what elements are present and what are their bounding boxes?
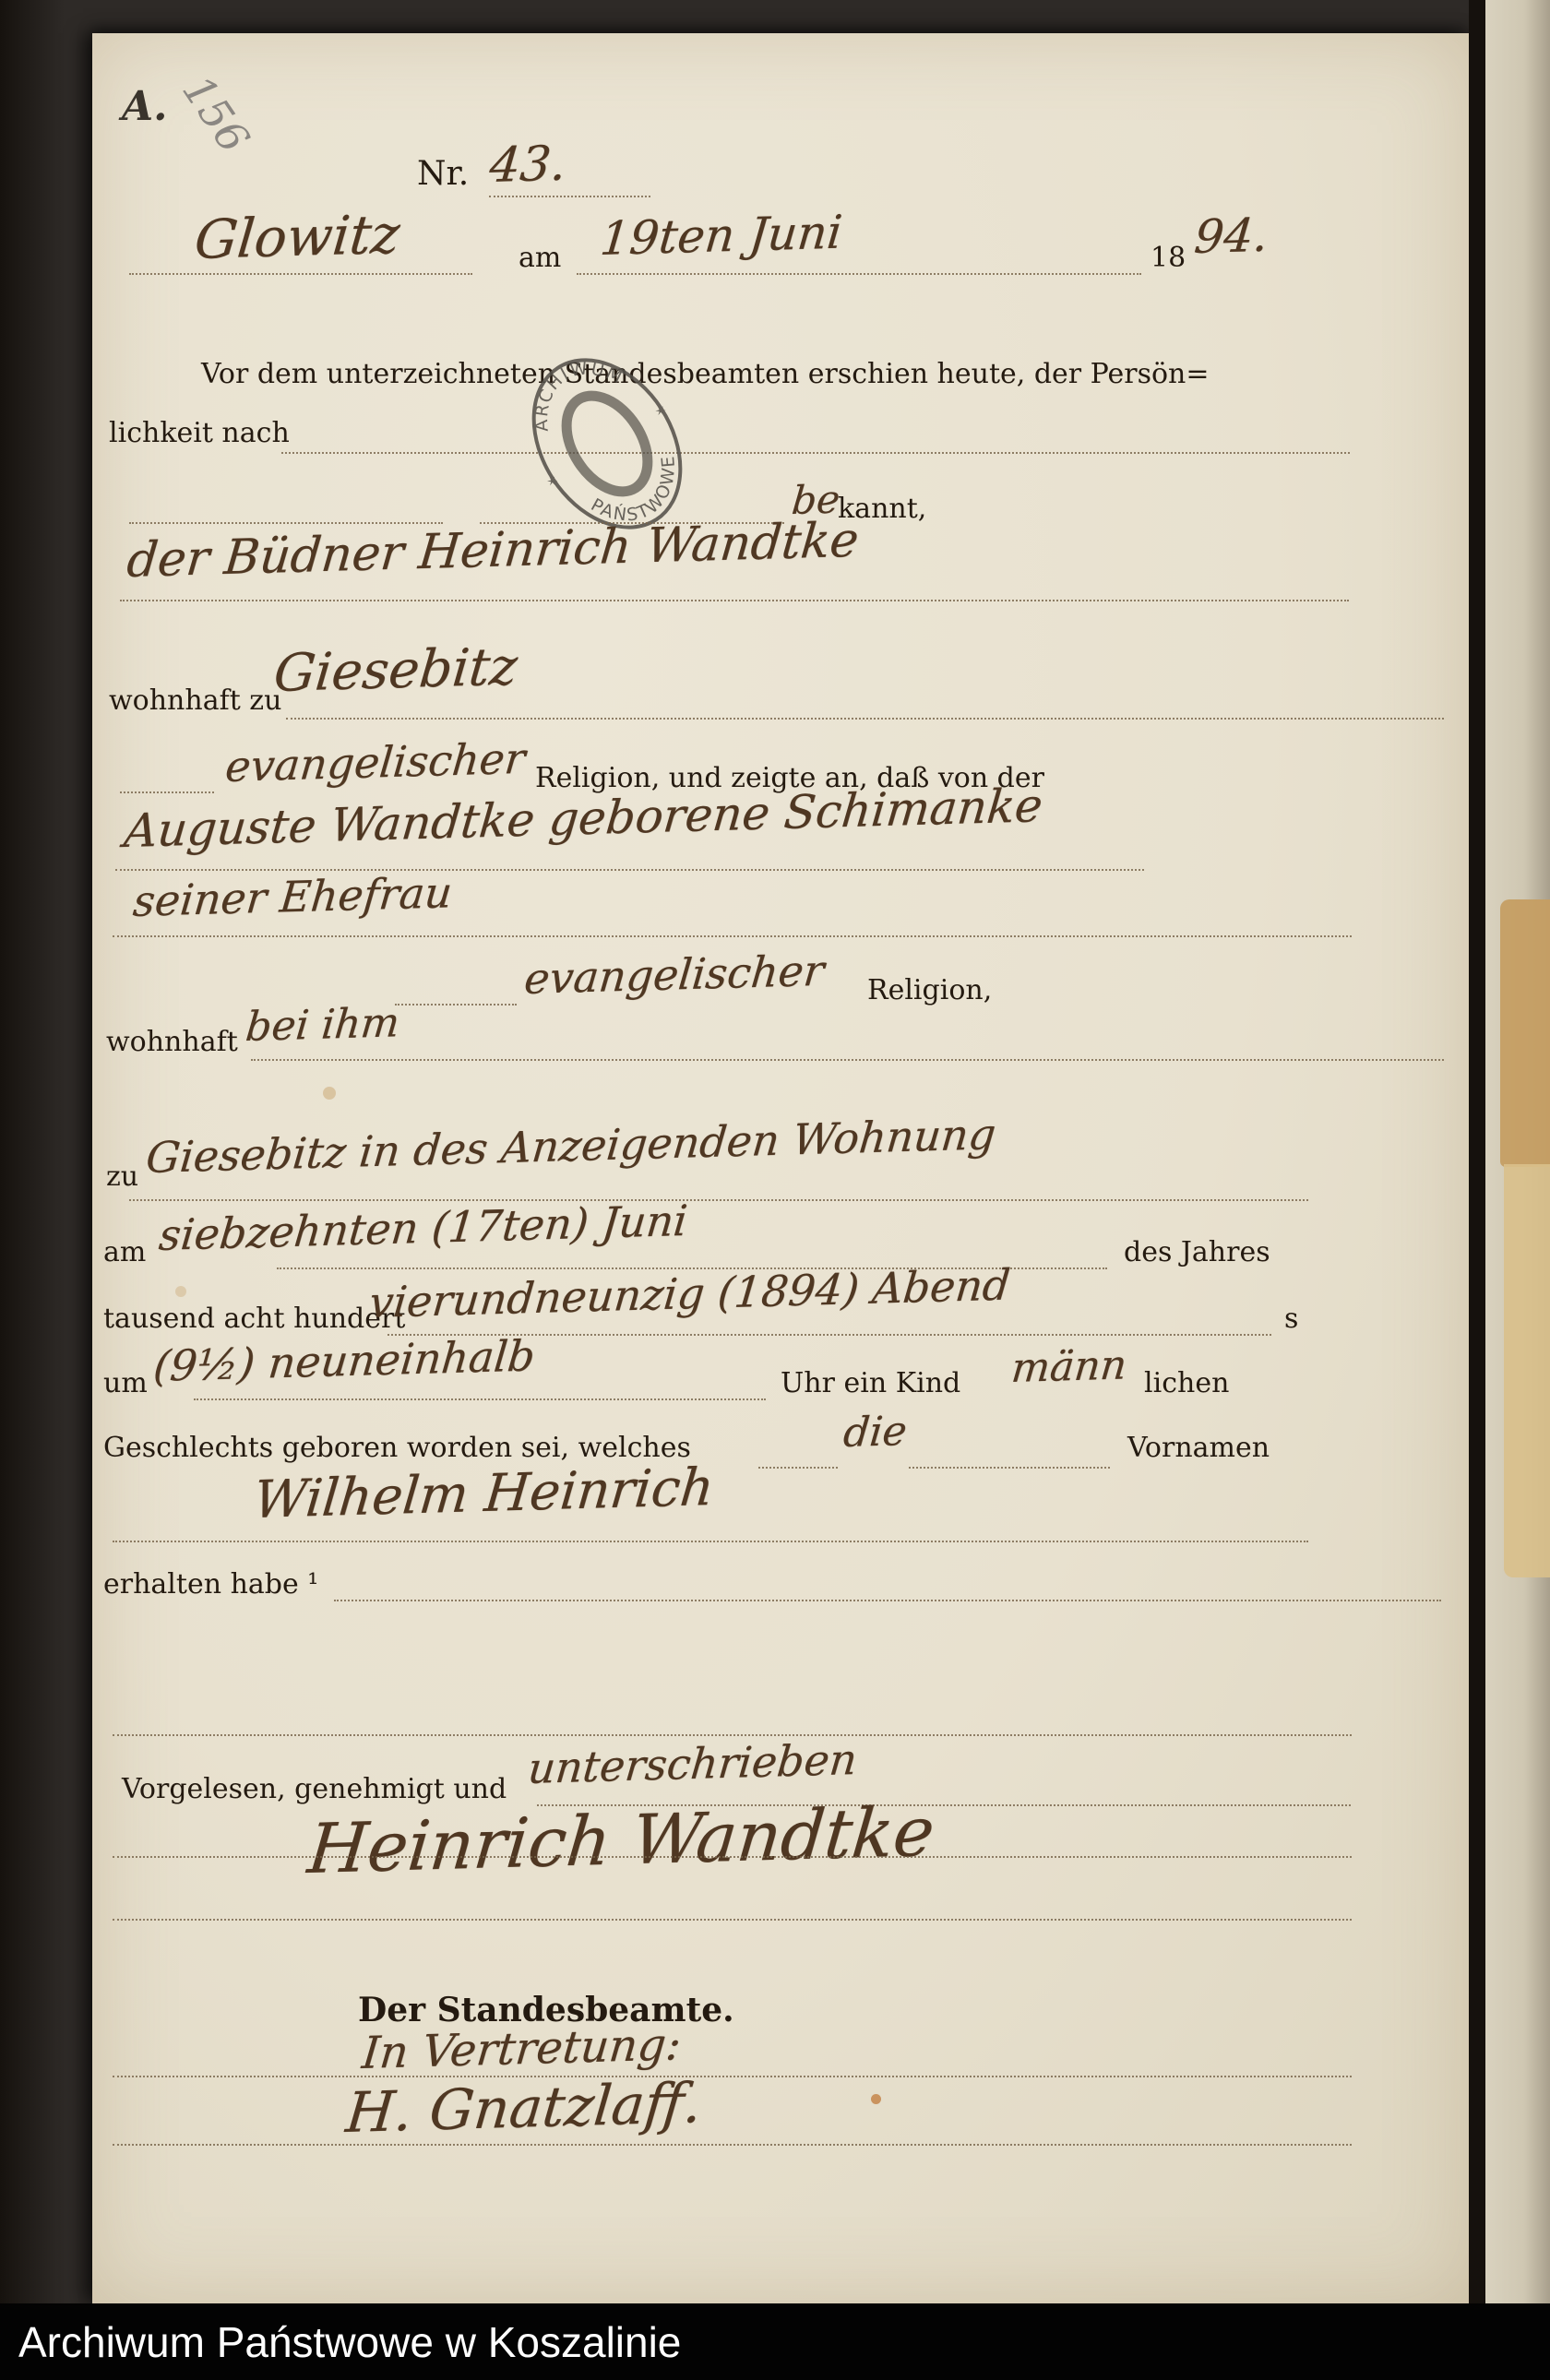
year-words-label: tausend acht hundert: [103, 1303, 405, 1335]
record-no-value: 43.: [487, 137, 568, 194]
year-words-suffix: s: [1284, 1303, 1298, 1335]
day-month-value: 19ten Juni: [598, 206, 844, 266]
vornamen-label: Vornamen: [1127, 1432, 1270, 1464]
dotted-line: [395, 1004, 517, 1006]
tape-stain: [1504, 1164, 1550, 1577]
dotted-line: [115, 869, 1144, 871]
dotted-line: [113, 935, 1352, 937]
gender-value: männ: [1009, 1341, 1128, 1392]
foxing-spot: [323, 1087, 336, 1100]
dotted-line: [113, 2144, 1352, 2146]
dotted-line: [334, 1600, 1441, 1601]
residence-label: wohnhaft zu: [109, 684, 281, 717]
received-label: erhalten habe ¹: [103, 1568, 318, 1601]
year-label: des Jahres: [1124, 1236, 1270, 1268]
dotted-line: [758, 1467, 838, 1469]
closing-label: Vorgelesen, genehmigt und: [122, 1773, 507, 1805]
relation-value: seiner Ehefrau: [131, 867, 454, 926]
birthday-label: am: [103, 1236, 146, 1268]
dotted-line: [489, 196, 650, 197]
birthplace-label: zu: [106, 1160, 138, 1193]
scan: A. 156 Nr. 43. Glowitz am 19ten Juni 18 …: [0, 0, 1550, 2380]
signature-registrar: H. Gnatzlaff.: [343, 2071, 705, 2146]
dotted-line: [194, 1398, 766, 1400]
archive-footer-label: Archiwum Państwowe w Koszalinie: [18, 2317, 681, 2367]
gender-label-suffix: lichen: [1144, 1367, 1229, 1399]
foxing-spot: [871, 2094, 881, 2104]
deputy-value: In Vertretung:: [360, 2018, 684, 2079]
dotted-line: [113, 1919, 1352, 1921]
residence2-value: bei ihm: [244, 999, 401, 1051]
dotted-line: [113, 1541, 1308, 1542]
intro-line-2: lichkeit nach: [109, 417, 290, 449]
year-suffix-value: 94.: [1192, 208, 1270, 264]
dotted-line: [129, 273, 472, 275]
year-prefix: 18: [1151, 242, 1186, 274]
gender-line: Geschlechts geboren worden sei, welches: [103, 1432, 691, 1464]
dotted-line: [129, 522, 443, 524]
dotted-line: [113, 1856, 1352, 1858]
dotted-line: [281, 452, 1350, 454]
archive-footer-bar: Archiwum Państwowe w Koszalinie: [0, 2303, 1550, 2380]
dotted-line: [577, 273, 1141, 275]
time-unit-label: Uhr ein Kind: [781, 1367, 960, 1399]
closing-value: unterschrieben: [526, 1734, 859, 1793]
article-value: die: [841, 1408, 909, 1457]
religion2-value: evangelischer: [522, 946, 827, 1004]
place-value: Glowitz: [192, 203, 402, 271]
dotted-line: [286, 718, 1444, 720]
tape-stain: [1500, 899, 1550, 1167]
religion1-value: evangelischer: [223, 733, 528, 791]
residence2-label: wohnhaft: [106, 1026, 238, 1058]
page-gap-shadow: [1469, 0, 1485, 2380]
dotted-line: [909, 1467, 1110, 1469]
dotted-line: [120, 600, 1349, 601]
am-label: am: [519, 242, 561, 274]
religion2-label: Religion,: [867, 974, 992, 1006]
intro-line-1: Vor dem unterzeichneten Standesbeamten e…: [201, 358, 1210, 390]
dotted-line: [251, 1059, 1444, 1061]
foxing-spot: [175, 1286, 186, 1297]
dotted-line: [113, 2076, 1352, 2077]
dotted-line: [113, 1734, 1352, 1736]
corner-letter: A.: [122, 83, 167, 130]
dotted-line: [129, 1199, 1308, 1201]
residence-value: Giesebitz: [271, 637, 519, 704]
time-label: um: [103, 1367, 148, 1399]
record-no-label: Nr.: [417, 155, 469, 193]
dotted-line: [120, 791, 214, 793]
